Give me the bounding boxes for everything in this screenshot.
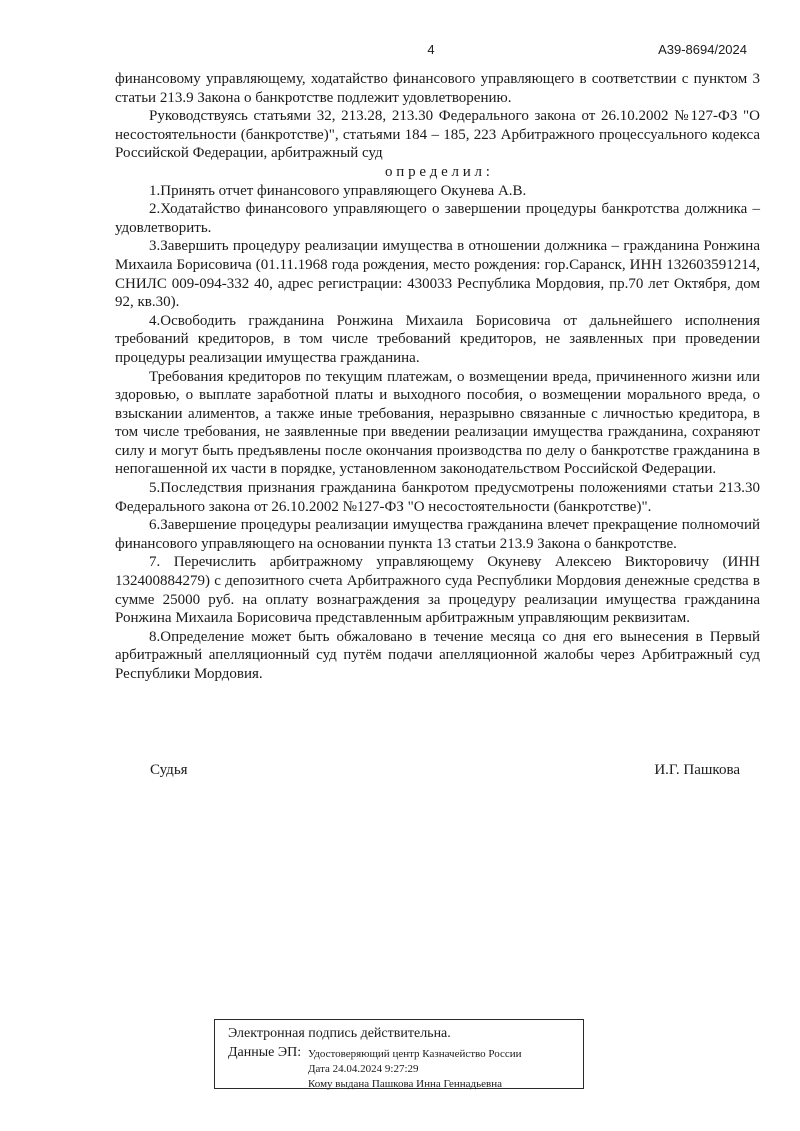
document-body: финансовому управляющему, ходатайство фи…: [115, 70, 760, 684]
signature-date: Дата 24.04.2024 9:27:29: [308, 1062, 522, 1077]
signature-data-label: Данные ЭП:: [228, 1045, 308, 1092]
resolution-item-5: 5.Последствия признания гражданина банкр…: [115, 479, 760, 516]
resolution-item-8: 8.Определение может быть обжаловано в те…: [115, 628, 760, 684]
judge-signature-row: Судья И.Г. Пашкова: [115, 762, 760, 779]
resolution-item-1: 1.Принять отчет финансового управляющего…: [115, 182, 760, 201]
case-number: А39-8694/2024: [658, 42, 747, 57]
page-header: 4 А39-8694/2024: [115, 42, 747, 57]
judge-name: И.Г. Пашкова: [654, 762, 740, 779]
signature-details: Удостоверяющий центр Казначейство России…: [308, 1045, 522, 1092]
ruling-basis-paragraph: Руководствуясь статьями 32, 213.28, 213.…: [115, 107, 760, 163]
page-number: 4: [427, 42, 434, 57]
signature-data-row: Данные ЭП: Удостоверяющий центр Казначей…: [228, 1045, 575, 1092]
resolution-item-4: 4.Освободить гражданина Ронжина Михаила …: [115, 312, 760, 368]
signature-issued-to: Кому выдана Пашкова Инна Геннадьевна: [308, 1077, 522, 1092]
stamp-content: Электронная подпись действительна. Данны…: [215, 1020, 583, 1092]
resolution-item-7: 7. Перечислить арбитражному управляющему…: [115, 553, 760, 627]
creditor-claims-paragraph: Требования кредиторов по текущим платежа…: [115, 368, 760, 480]
resolution-item-2: 2.Ходатайство финансового управляющего о…: [115, 200, 760, 237]
resolution-item-3: 3.Завершить процедуру реализации имущест…: [115, 237, 760, 311]
judge-label: Судья: [150, 762, 188, 779]
court-document-page: 4 А39-8694/2024 финансовому управляющему…: [0, 0, 800, 1131]
continuation-paragraph: финансовому управляющему, ходатайство фи…: [115, 70, 760, 107]
signature-validity-line: Электронная подпись действительна.: [228, 1026, 575, 1042]
electronic-signature-stamp: Электронная подпись действительна. Данны…: [214, 1019, 584, 1089]
resolution-item-6: 6.Завершение процедуры реализации имущес…: [115, 516, 760, 553]
resolution-heading: о п р е д е л и л :: [115, 163, 760, 182]
certification-authority: Удостоверяющий центр Казначейство России: [308, 1047, 522, 1062]
